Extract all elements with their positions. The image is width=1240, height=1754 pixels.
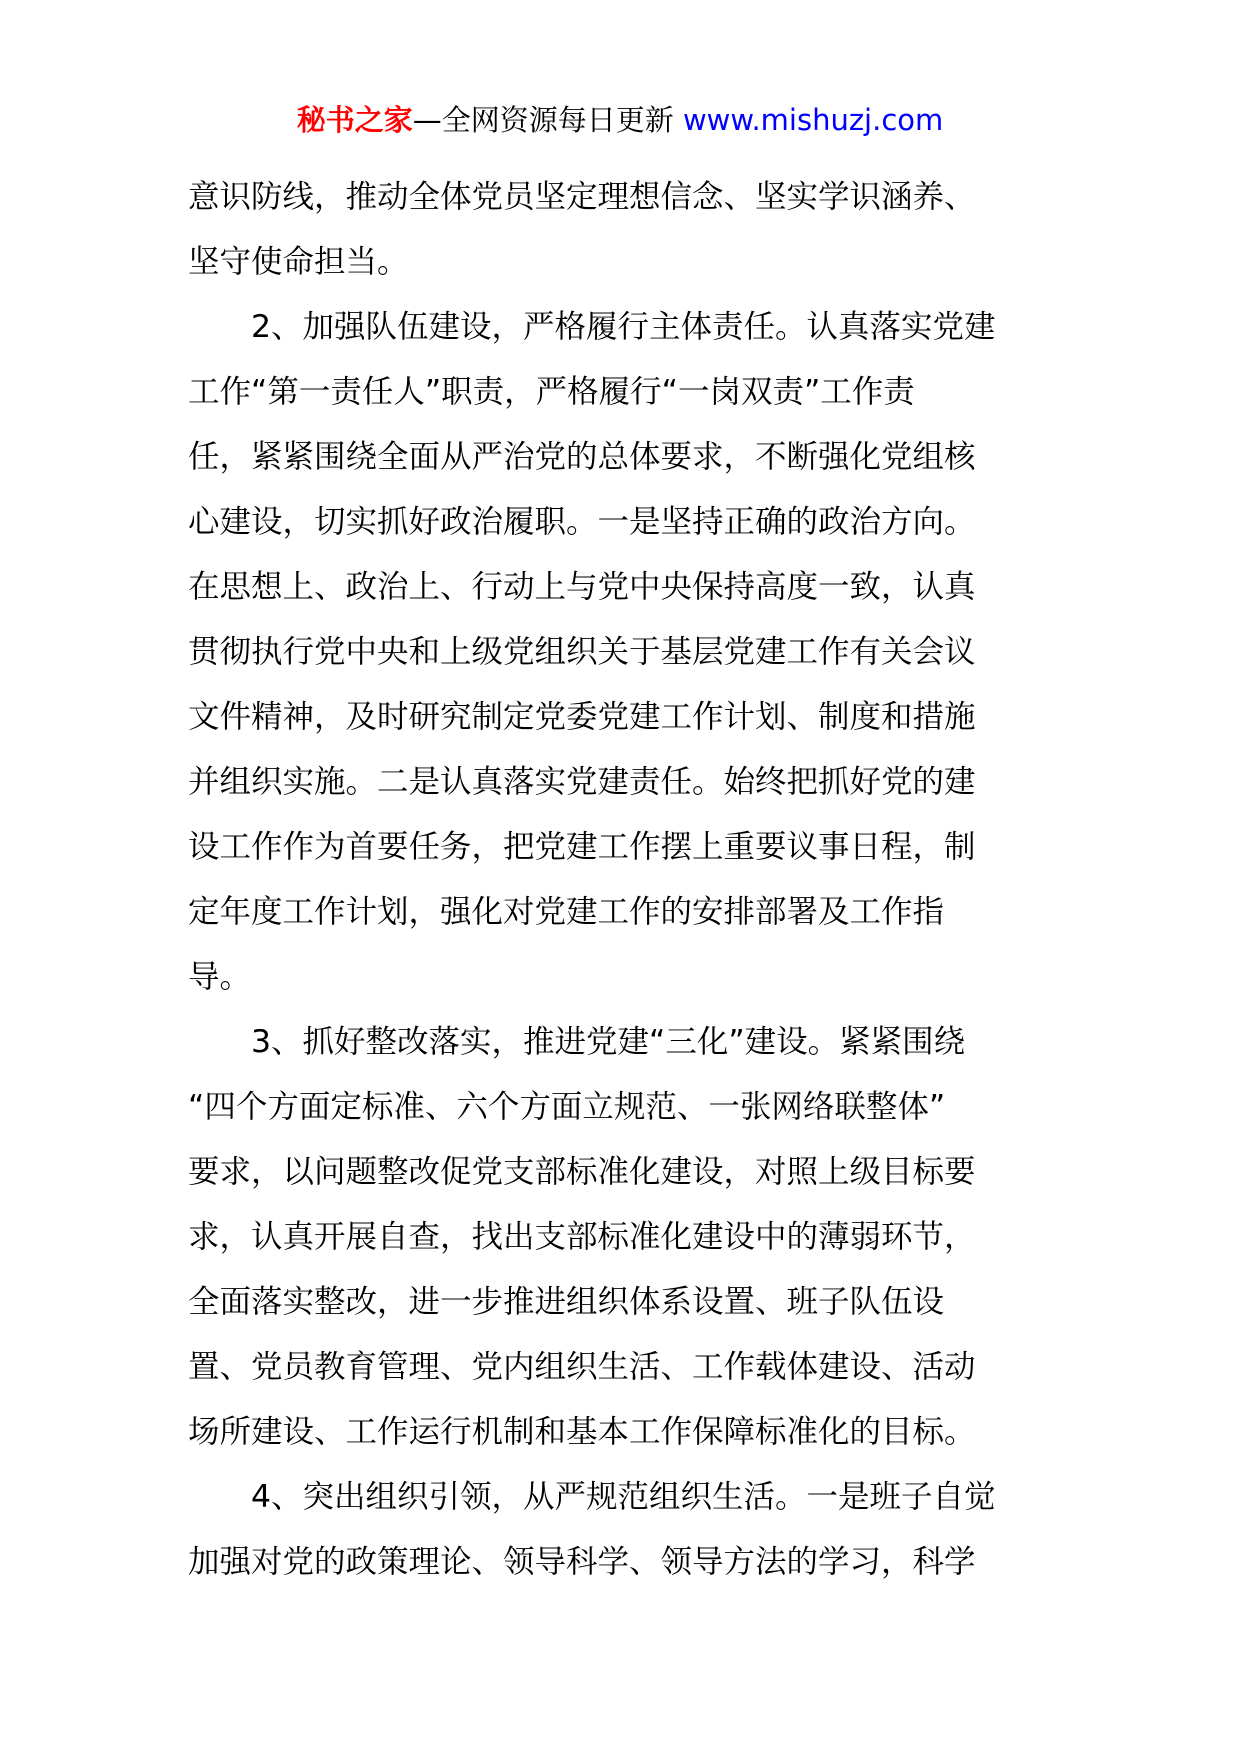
text-line: 场所建设、工作运行机制和基本工作保障标准化的目标。 — [188, 1400, 1063, 1465]
brand-name: 秘书之家 — [297, 103, 413, 137]
text-line: 设工作作为首要任务，把党建工作摆上重要议事日程，制 — [188, 815, 1063, 880]
text-line: 心建设，切实抓好政治履职。一是坚持正确的政治方向。 — [188, 490, 1063, 555]
text-line: 全面落实整改，进一步推进组织体系设置、班子队伍设 — [188, 1270, 1063, 1335]
text-line: 在思想上、政治上、行动上与党中央保持高度一致，认真 — [188, 555, 1063, 620]
header-slogan: —全网资源每日更新 — [413, 103, 683, 137]
paragraph-4-start: 4、突出组织引领，从严规范组织生活。一是班子自觉 — [188, 1465, 1063, 1530]
document-body: 意识防线，推动全体党员坚定理想信念、坚实学识涵养、 坚守使命担当。 2、加强队伍… — [188, 165, 1063, 1595]
paragraph-3-start: 3、抓好整改落实，推进党建“三化”建设。紧紧围绕 — [188, 1010, 1063, 1075]
text-line: 要求，以问题整改促党支部标准化建设，对照上级目标要 — [188, 1140, 1063, 1205]
paragraph-2-start: 2、加强队伍建设，严格履行主体责任。认真落实党建 — [188, 295, 1063, 360]
website-url: www.mishuzj.com — [683, 103, 943, 137]
text-line: 定年度工作计划，强化对党建工作的安排部署及工作指 — [188, 880, 1063, 945]
text-line: 任，紧紧围绕全面从严治党的总体要求，不断强化党组核 — [188, 425, 1063, 490]
text-line: 置、党员教育管理、党内组织生活、工作载体建设、活动 — [188, 1335, 1063, 1400]
text-line: “四个方面定标准、六个方面立规范、一张网络联整体” — [188, 1075, 1063, 1140]
text-line: 贯彻执行党中央和上级党组织关于基层党建工作有关会议 — [188, 620, 1063, 685]
text-line: 加强对党的政策理论、领导科学、领导方法的学习，科学 — [188, 1530, 1063, 1595]
text-line: 并组织实施。二是认真落实党建责任。始终把抓好党的建 — [188, 750, 1063, 815]
text-line: 文件精神，及时研究制定党委党建工作计划、制度和措施 — [188, 685, 1063, 750]
text-line: 工作“第一责任人”职责，严格履行“一岗双责”工作责 — [188, 360, 1063, 425]
text-line: 坚守使命担当。 — [188, 230, 1063, 295]
text-line: 求，认真开展自查，找出支部标准化建设中的薄弱环节， — [188, 1205, 1063, 1270]
page-header: 秘书之家—全网资源每日更新 www.mishuzj.com — [0, 100, 1240, 140]
text-line: 导。 — [188, 945, 1063, 1010]
text-line: 意识防线，推动全体党员坚定理想信念、坚实学识涵养、 — [188, 165, 1063, 230]
